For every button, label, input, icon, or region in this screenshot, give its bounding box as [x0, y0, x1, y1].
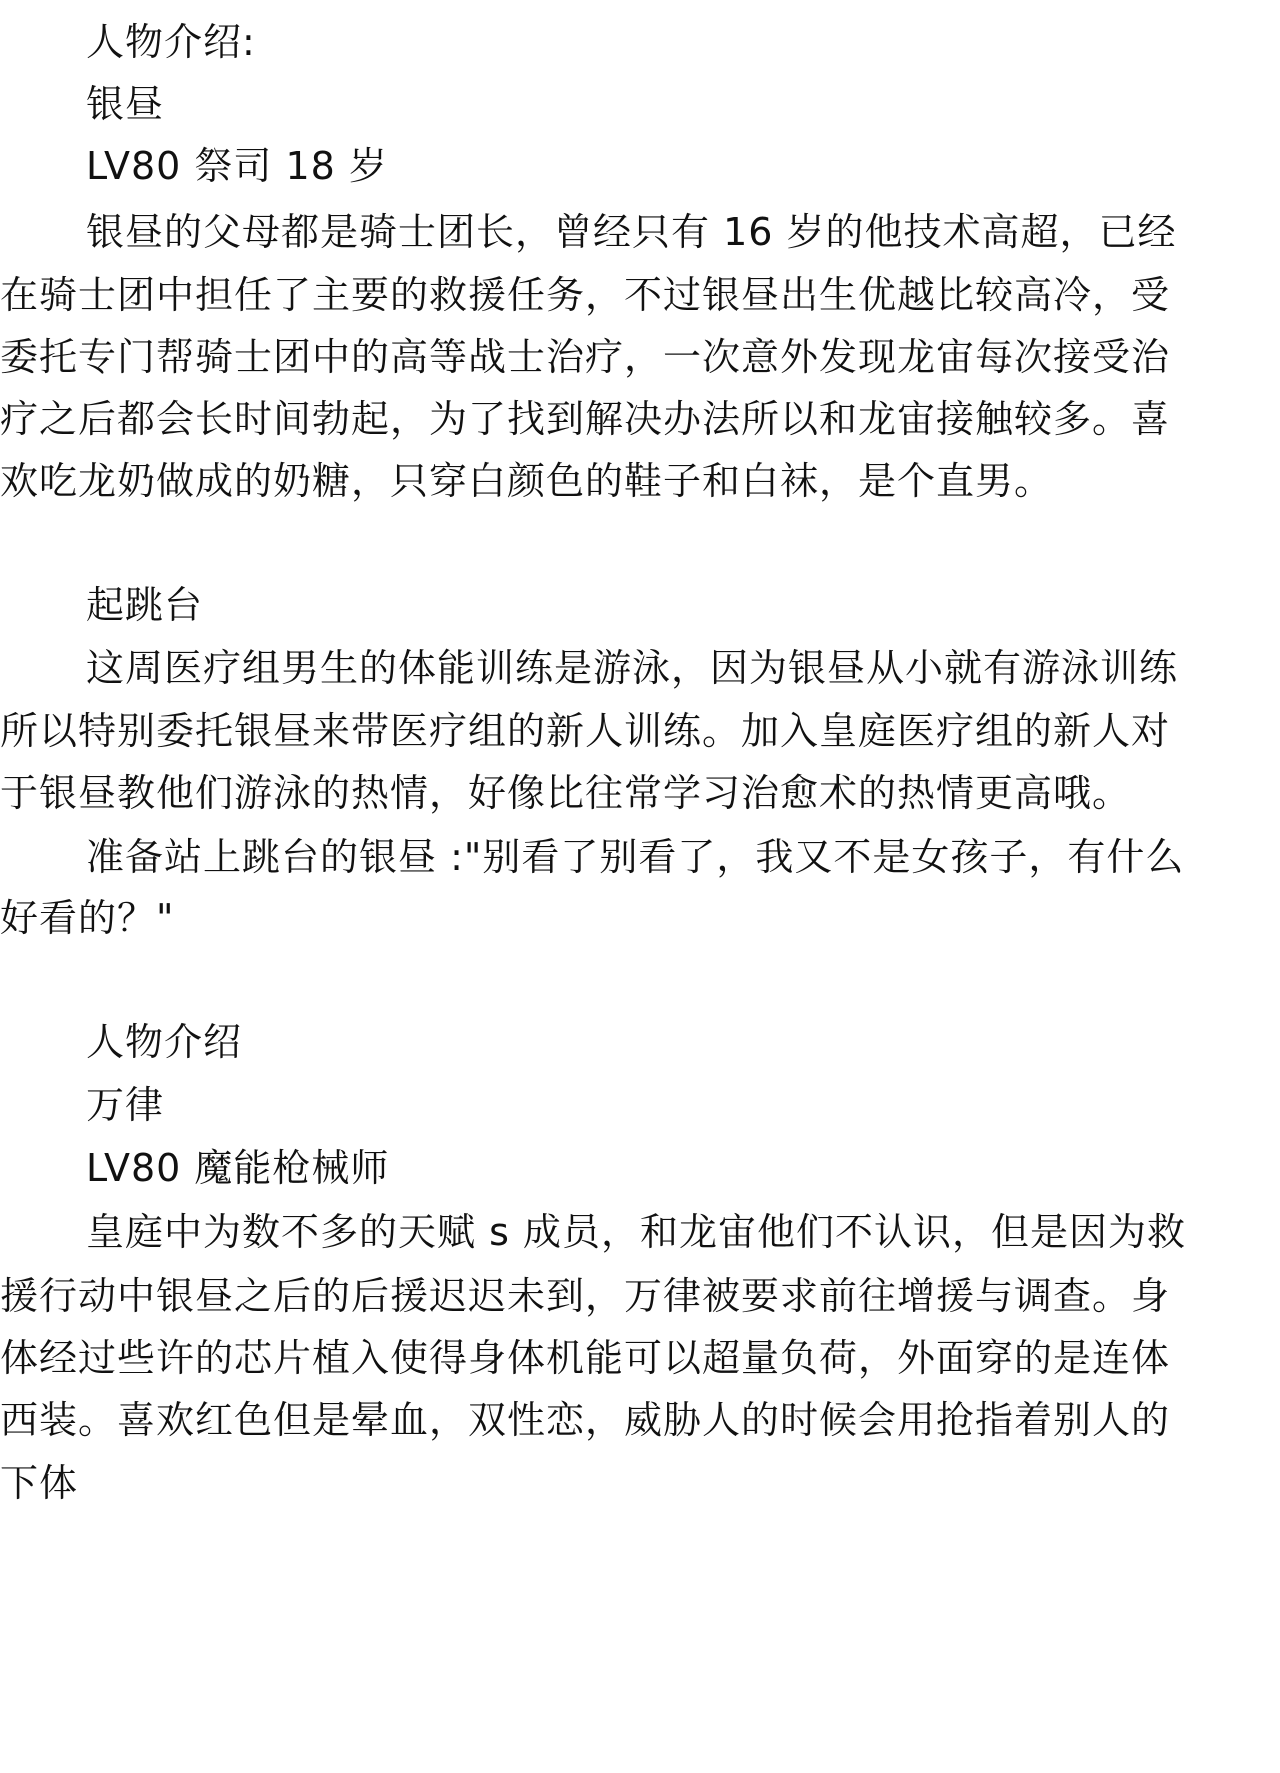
- dialogue-line: 准备站上跳台的银昼 :"别看了别看了，我又不是女孩子，有什么: [0, 832, 1280, 882]
- paragraph-line: 委托专门帮骑士团中的高等战士治疗，一次意外发现龙宙每次接受治: [0, 332, 1280, 382]
- dialogue-line: 好看的？": [0, 893, 1280, 943]
- paragraph-line: 这周医疗组男生的体能训练是游泳，因为银昼从小就有游泳训练: [0, 643, 1280, 693]
- section-heading: 起跳台: [0, 580, 1280, 630]
- section-heading: 人物介绍: [0, 1017, 1280, 1067]
- paragraph-line: 下体: [0, 1458, 1280, 1508]
- paragraph-line: 银昼的父母都是骑士团长，曾经只有 16 岁的他技术高超，已经: [0, 207, 1280, 257]
- section-heading: 人物介绍:: [0, 17, 1280, 67]
- document-page: 人物介绍: 银昼 LV80 祭司 18 岁 银昼的父母都是骑士团长，曾经只有 1…: [0, 0, 1280, 1773]
- character-meta: LV80 魔能枪械师: [0, 1143, 1280, 1193]
- character-name: 万律: [0, 1080, 1280, 1130]
- paragraph-line: 在骑士团中担任了主要的救援任务，不过银昼出生优越比较高冷，受: [0, 270, 1280, 320]
- paragraph-line: 所以特别委托银昼来带医疗组的新人训练。加入皇庭医疗组的新人对: [0, 706, 1280, 756]
- paragraph-line: 西装。喜欢红色但是晕血，双性恋，威胁人的时候会用抢指着别人的: [0, 1395, 1280, 1445]
- paragraph-line: 援行动中银昼之后的后援迟迟未到，万律被要求前往增援与调查。身: [0, 1271, 1280, 1321]
- character-meta: LV80 祭司 18 岁: [0, 141, 1280, 191]
- paragraph-line: 皇庭中为数不多的天赋 s 成员，和龙宙他们不认识，但是因为救: [0, 1207, 1280, 1257]
- paragraph-line: 于银昼教他们游泳的热情，好像比往常学习治愈术的热情更高哦。: [0, 768, 1280, 818]
- paragraph-line: 疗之后都会长时间勃起，为了找到解决办法所以和龙宙接触较多。喜: [0, 394, 1280, 444]
- paragraph-line: 体经过些许的芯片植入使得身体机能可以超量负荷，外面穿的是连体: [0, 1333, 1280, 1383]
- character-name: 银昼: [0, 79, 1280, 129]
- paragraph-line: 欢吃龙奶做成的奶糖，只穿白颜色的鞋子和白袜，是个直男。: [0, 456, 1280, 506]
